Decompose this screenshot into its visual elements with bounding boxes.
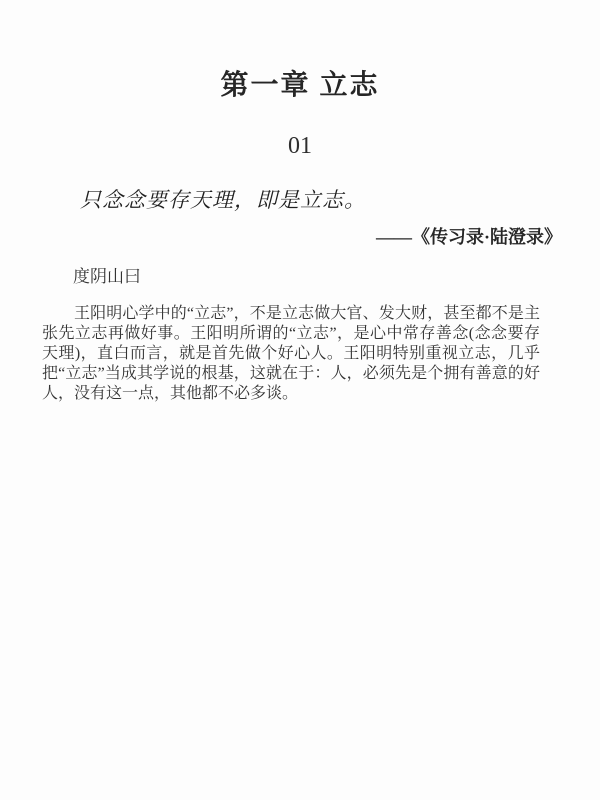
book-page: 第一章 立志 01 只念念要存天理，即是立志。 ——《传习录·陆澄录》 度阴山曰… <box>0 0 600 800</box>
chapter-title: 第一章 立志 <box>0 0 600 102</box>
commentary-paragraph: 王阳明心学中的“立志”，不是立志做大官、发大财，甚至都不是主张先立志再做好事。王… <box>42 304 540 404</box>
commentary-speaker: 度阴山曰 <box>73 268 600 287</box>
quote-attribution: ——《传习录·陆澄录》 <box>0 228 562 248</box>
section-number: 01 <box>0 134 600 158</box>
quote-text: 只念念要存天理，即是立志。 <box>80 188 540 213</box>
